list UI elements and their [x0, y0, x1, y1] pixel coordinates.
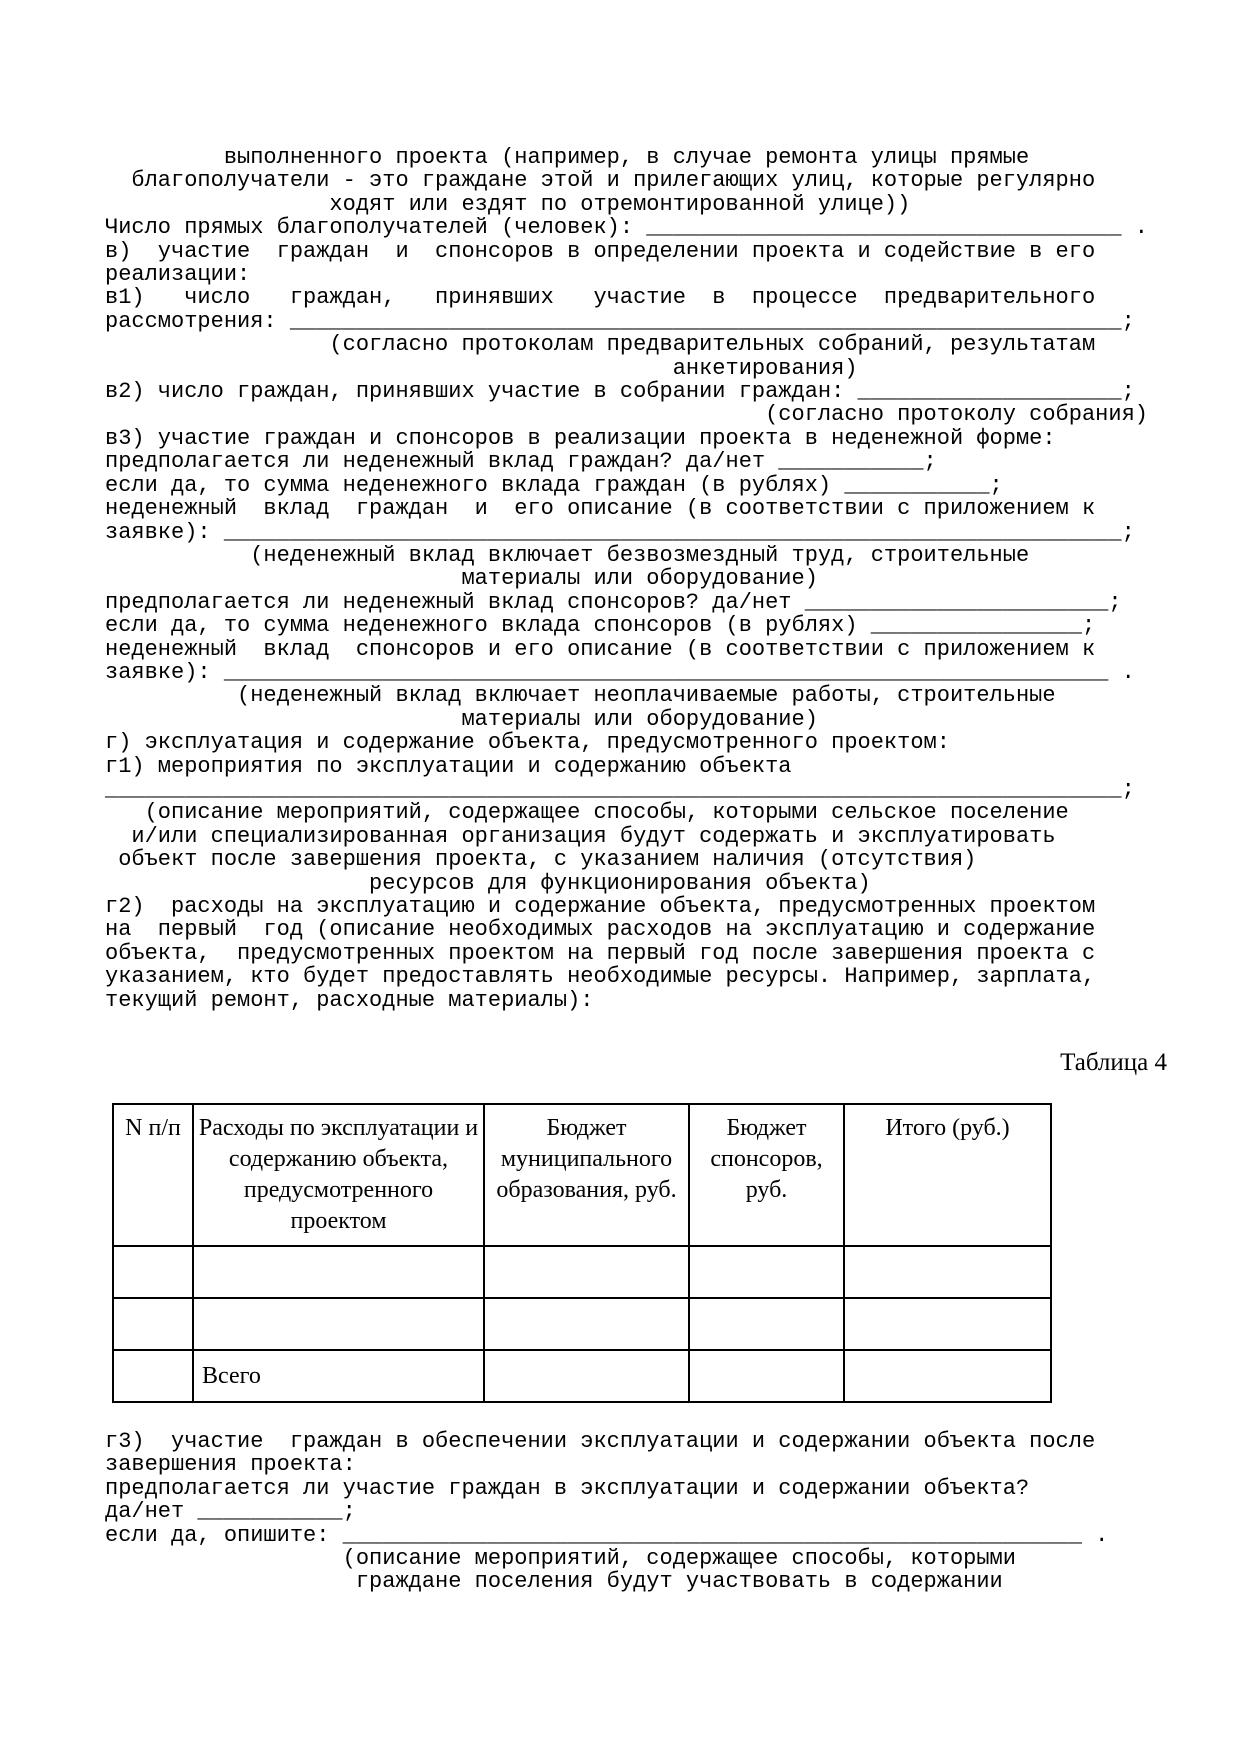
text-line: предполагается ли неденежный вклад спонс… [105, 591, 1148, 614]
text-line: объект после завершения проекта, с указа… [105, 848, 1148, 871]
text-line: заявке): _______________________________… [105, 521, 1148, 544]
table-cell [844, 1246, 1051, 1298]
table-cell [193, 1298, 484, 1350]
table-header-cell: N п/п [113, 1104, 193, 1246]
text-line: (описание мероприятий, содержащее способ… [105, 1547, 1108, 1570]
table-cell: Всего [193, 1350, 484, 1402]
text-line: Число прямых благополучателей (человек):… [105, 216, 1148, 239]
form-text-block-upper: выполненного проекта (например, в случае… [105, 146, 1148, 1012]
form-text-block-lower: г3) участие граждан в обеспечении эксплу… [105, 1430, 1108, 1594]
text-line: рассмотрения: __________________________… [105, 310, 1148, 333]
text-line: граждане поселения будут участвовать в с… [105, 1570, 1108, 1593]
table-header-cell: Бюджет спонсоров, руб. [689, 1104, 844, 1246]
table-header-cell: Расходы по эксплуатации и содержанию объ… [193, 1104, 484, 1246]
text-line: в) участие граждан и спонсоров в определ… [105, 240, 1148, 263]
table-cell [193, 1246, 484, 1298]
table-row: Всего [113, 1350, 1051, 1402]
text-line: предполагается ли неденежный вклад гражд… [105, 450, 1148, 473]
table-header-cell: Бюджет муниципального образования, руб. [484, 1104, 689, 1246]
text-line: реализации: [105, 263, 1148, 286]
text-line: (неденежный вклад включает неоплачиваемы… [105, 684, 1148, 707]
table-4-label: Таблица 4 [105, 1049, 1167, 1077]
text-line: г1) мероприятия по эксплуатации и содерж… [105, 755, 1148, 778]
expenses-table-body: Всего [113, 1246, 1051, 1402]
table-cell [689, 1298, 844, 1350]
table-row [113, 1298, 1051, 1350]
table-row [113, 1246, 1051, 1298]
text-line: материалы или оборудование) [105, 708, 1148, 731]
table-header-row: N п/пРасходы по эксплуатации и содержани… [113, 1104, 1051, 1246]
text-line: благополучатели - это граждане этой и пр… [105, 169, 1148, 192]
text-line: (неденежный вклад включает безвозмездный… [105, 544, 1148, 567]
expenses-table: N п/пРасходы по эксплуатации и содержани… [112, 1103, 1052, 1403]
text-line: ресурсов для функционирования объекта) [105, 872, 1148, 895]
text-line: на первый год (описание необходимых расх… [105, 918, 1148, 941]
text-line: г2) расходы на эксплуатацию и содержание… [105, 895, 1148, 918]
table-cell [844, 1350, 1051, 1402]
table-cell [113, 1246, 193, 1298]
text-line: в1) число граждан, принявших участие в п… [105, 286, 1148, 309]
text-line: материалы или оборудование) [105, 567, 1148, 590]
expenses-table-header: N п/пРасходы по эксплуатации и содержани… [113, 1104, 1051, 1246]
table-cell [113, 1350, 193, 1402]
text-line: анкетирования) [105, 357, 1148, 380]
text-line: предполагается ли участие граждан в эксп… [105, 1477, 1108, 1500]
text-line: г3) участие граждан в обеспечении эксплу… [105, 1430, 1108, 1453]
text-line: указанием, кто будет предоставлять необх… [105, 965, 1148, 988]
text-line: если да, опишите: ______________________… [105, 1524, 1108, 1547]
text-line: неденежный вклад граждан и его описание … [105, 497, 1148, 520]
text-line: (согласно протоколам предварительных соб… [105, 333, 1148, 356]
table-cell [844, 1298, 1051, 1350]
text-line: в3) участие граждан и спонсоров в реализ… [105, 427, 1148, 450]
table-header-cell: Итого (руб.) [844, 1104, 1051, 1246]
document-page: выполненного проекта (например, в случае… [0, 0, 1240, 1754]
table-cell [689, 1350, 844, 1402]
text-line: заявке): _______________________________… [105, 661, 1148, 684]
text-line: (согласно протоколу собрания) [105, 403, 1148, 426]
text-line: выполненного проекта (например, в случае… [105, 146, 1148, 169]
text-line: в2) число граждан, принявших участие в с… [105, 380, 1148, 403]
text-line: г) эксплуатация и содержание объекта, пр… [105, 731, 1148, 754]
text-line: неденежный вклад спонсоров и его описани… [105, 638, 1148, 661]
table-cell [689, 1246, 844, 1298]
text-line: если да, то сумма неденежного вклада гра… [105, 474, 1148, 497]
table-cell [113, 1298, 193, 1350]
table-cell [484, 1350, 689, 1402]
text-line: ходят или ездят по отремонтированной ули… [105, 193, 1148, 216]
text-line: объекта, предусмотренных проектом на пер… [105, 942, 1148, 965]
table-cell [484, 1246, 689, 1298]
text-line: (описание мероприятий, содержащее способ… [105, 801, 1148, 824]
text-line: если да, то сумма неденежного вклада спо… [105, 614, 1148, 637]
text-line: завершения проекта: [105, 1453, 1108, 1476]
text-line: да/нет ___________; [105, 1500, 1108, 1523]
table-cell [484, 1298, 689, 1350]
text-line: и/или специализированная организация буд… [105, 825, 1148, 848]
text-line: ________________________________________… [105, 778, 1148, 801]
text-line: текущий ремонт, расходные материалы): [105, 989, 1148, 1012]
